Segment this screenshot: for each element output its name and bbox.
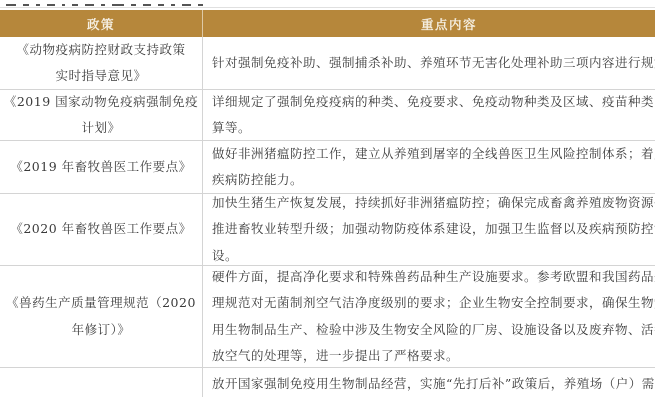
content-line: 设。: [212, 243, 655, 265]
content-line: 硬件方面，提高净化要求和特殊兽药品种生产设施要求。参考欧盟和我国药品生: [212, 266, 655, 290]
policy-cell: 《兽药生产质量管理规范（2020 年修订）》: [0, 266, 203, 367]
report-table-page: 政策 重点内容 《动物疫病防控财政支持政策 实时指导意见》 针对强制免疫补助、强…: [0, 0, 655, 397]
policy-cell: [0, 368, 203, 397]
column-header-content: 重点内容: [203, 10, 655, 37]
column-header-policy: 政策: [0, 10, 203, 37]
policy-cell: 《2019 年畜牧兽医工作要点》: [0, 141, 203, 193]
content-line: 用生物制品生产、检验中涉及生物安全风险的厂房、设施设备以及废弃物、活毒: [212, 317, 655, 343]
policy-line: 年修订）》: [72, 317, 131, 343]
content-line: 针对强制免疫补助、强制捕杀补助、养殖环节无害化处理补助三项内容进行规定: [212, 50, 655, 76]
content-line: 推进畜牧业转型升级；加强动物防疫体系建设，加强卫生监督以及疾病预防控制: [212, 216, 655, 242]
table-row: 《动物疫病防控财政支持政策 实时指导意见》 针对强制免疫补助、强制捕杀补助、养殖…: [0, 37, 655, 90]
policy-line: 《2020 年畜牧兽医工作要点》: [10, 216, 191, 242]
table-row: 《2019 年畜牧兽医工作要点》 做好非洲猪瘟防控工作，建立从养殖到屠宰的全线兽…: [0, 141, 655, 194]
policy-line: 《2019 年畜牧兽医工作要点》: [10, 154, 191, 180]
table-header-row: 政策 重点内容: [0, 10, 655, 37]
content-cell: 放开国家强制免疫用生物制品经营，实施“先打后补”政策后，养殖场（户）需: [203, 368, 655, 397]
table-row: 《2020 年畜牧兽医工作要点》 加快生猪生产恢复发展，持续抓好非洲猪瘟防控；确…: [0, 194, 655, 266]
policy-cell: 《动物疫病防控财政支持政策 实时指导意见》: [0, 37, 203, 89]
policy-line: 《2019 国家动物免疫病强制免疫: [4, 89, 198, 115]
policy-line: 计划》: [81, 115, 120, 141]
policy-cell: 《2019 国家动物免疫病强制免疫 计划》: [0, 90, 203, 140]
policy-line: 《动物疫病防控财政支持政策: [16, 37, 185, 63]
content-line: 算等。: [212, 115, 655, 140]
table-row: 《2019 国家动物免疫病强制免疫 计划》 详细规定了强制免疫疫病的种类、免疫要…: [0, 90, 655, 141]
table-row: 《兽药生产质量管理规范（2020 年修订）》 硬件方面，提高净化要求和特殊兽药品…: [0, 266, 655, 368]
content-cell: 硬件方面，提高净化要求和特殊兽药品种生产设施要求。参考欧盟和我国药品生 理规范对…: [203, 266, 655, 367]
content-cell: 针对强制免疫补助、强制捕杀补助、养殖环节无害化处理补助三项内容进行规定: [203, 37, 655, 89]
policy-line: 《兽药生产质量管理规范（2020: [6, 290, 196, 316]
policy-cell: 《2020 年畜牧兽医工作要点》: [0, 194, 203, 265]
policy-line: 实时指导意见》: [55, 63, 146, 89]
content-cell: 加快生猪生产恢复发展，持续抓好非洲猪瘟防控；确保完成畜禽养殖废物资源化 推进畜牧…: [203, 194, 655, 265]
content-line: 放空气的处理等，进一步提出了严格要求。: [212, 343, 655, 367]
clipped-page-title: [6, 2, 246, 6]
table-row: 放开国家强制免疫用生物制品经营，实施“先打后补”政策后，养殖场（户）需: [0, 368, 655, 397]
content-line: 放开国家强制免疫用生物制品经营，实施“先打后补”政策后，养殖场（户）需: [212, 371, 655, 397]
content-line: 做好非洲猪瘟防控工作，建立从养殖到屠宰的全线兽医卫生风险控制体系；着力: [212, 141, 655, 167]
content-cell: 做好非洲猪瘟防控工作，建立从养殖到屠宰的全线兽医卫生风险控制体系；着力 疾病防控…: [203, 141, 655, 193]
content-line: 理规范对无菌制剂空气洁净度级别的要求；企业生物安全控制要求，确保生物安: [212, 290, 655, 316]
content-line: 详细规定了强制免疫疫病的种类、免疫要求、免疫动物种类及区域、疫苗种类以: [212, 90, 655, 115]
top-divider: [0, 7, 655, 8]
policy-table: 政策 重点内容 《动物疫病防控财政支持政策 实时指导意见》 针对强制免疫补助、强…: [0, 10, 655, 397]
content-line: 疾病防控能力。: [212, 167, 655, 193]
content-cell: 详细规定了强制免疫疫病的种类、免疫要求、免疫动物种类及区域、疫苗种类以 算等。: [203, 90, 655, 140]
content-line: 加快生猪生产恢复发展，持续抓好非洲猪瘟防控；确保完成畜禽养殖废物资源化: [212, 194, 655, 216]
